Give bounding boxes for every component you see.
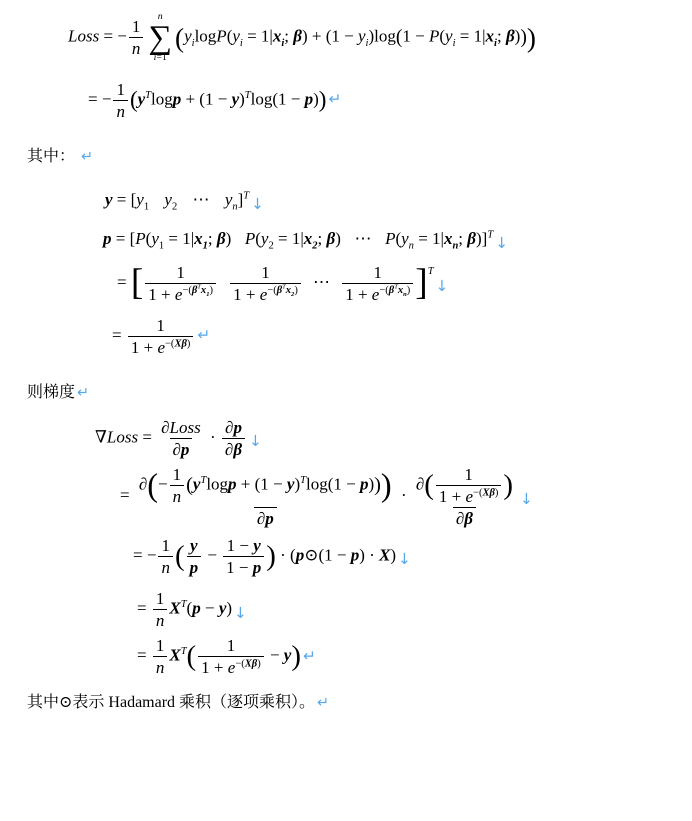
text-where-label: 其中： (27, 148, 79, 165)
math-text: = [ (112, 229, 136, 248)
math-text: = (137, 646, 151, 665)
math-text: −( (267, 285, 276, 296)
text-gradient-intro: 则梯度↵ (27, 379, 692, 402)
math-text: = [ (113, 190, 137, 209)
math-text: ∂ (139, 474, 147, 493)
math-text: ) (187, 338, 191, 349)
line-break-mark-icon: ↓ (520, 490, 533, 508)
line-break-mark-icon: ↓ (398, 550, 411, 568)
math-text: 1 + (148, 285, 175, 304)
math-text: y (151, 229, 159, 248)
math-text: ) (226, 599, 232, 618)
math-text: y (138, 89, 146, 108)
math-text: ⊙(1 − (304, 545, 351, 564)
math-text: p (228, 474, 237, 493)
math-text: p (103, 229, 112, 248)
math-text: ) (390, 545, 396, 564)
math-text: Loss (107, 427, 138, 446)
math-text: 1 (156, 589, 165, 608)
fraction: 1n (129, 17, 144, 58)
fraction: ∂p∂β (222, 418, 245, 459)
math-text: log (206, 474, 228, 493)
math-text: n (173, 487, 182, 506)
text-hadamard-note: 其中⊙表示 Hadamard 乘积（逐项乘积）。↵ (27, 689, 692, 712)
math-text: ; (497, 27, 506, 46)
math-text: = 1| (414, 229, 444, 248)
math-text: 1 + (131, 338, 158, 357)
equation-p-elementwise: = [11 + e−(βTx1)11 + e−(βTx2)⋯11 + e−(βT… (117, 263, 692, 304)
math-text: y (164, 190, 172, 209)
math-text: − (201, 599, 219, 618)
math-text: X (169, 599, 180, 618)
bracket: ) (291, 645, 301, 669)
fraction: ∂Loss∂p (158, 418, 204, 459)
line-break-mark-icon: ↓ (436, 277, 449, 295)
superscript: T (243, 190, 249, 201)
equation-gradient-simplified: = −1n(yp − 1 − y1 − p) · (p⊙(1 − p) · X)… (133, 536, 692, 577)
math-text: 1 − (402, 27, 429, 46)
math-text: = − (99, 27, 127, 46)
math-text: ∂Loss (161, 418, 201, 437)
math-text: p (351, 545, 360, 564)
bracket: ( (147, 472, 158, 498)
math-text: − (203, 545, 221, 564)
math-text: 1 (156, 316, 165, 335)
math-text: = 1| (274, 229, 304, 248)
math-text: x (486, 27, 495, 46)
math-text: Xβ (482, 487, 494, 498)
text-hadamard-note-label: 其中⊙表示 Hadamard 乘积（逐项乘积）。 (27, 694, 315, 711)
math-text: log (151, 89, 173, 108)
fraction: ∂(−1n(yTlogp + (1 − y)Tlog(1 − p)))∂p (136, 465, 395, 528)
paragraph-mark-icon: ↵ (328, 90, 341, 108)
superscript: −(Xβ) (473, 487, 498, 498)
math-text: 1 + (345, 285, 372, 304)
equation-gradient-compact: = 1nXT(p − y)↓ (137, 589, 692, 630)
math-text: ) (257, 659, 261, 670)
paragraph-mark-icon: ↵ (197, 326, 210, 344)
bracket: ) (319, 91, 327, 110)
superscript: −(βTxn) (379, 285, 410, 296)
math-text: ; (458, 229, 467, 248)
math-text: 1 (261, 263, 270, 282)
math-text: + (1 − (237, 474, 287, 493)
math-text: ) (209, 285, 213, 296)
fraction: 11 + e−(βTx1) (145, 263, 216, 304)
math-text: 1 + (233, 285, 260, 304)
superscript: T (487, 230, 493, 241)
math-text: n (132, 39, 141, 58)
math-text: n (161, 558, 170, 577)
math-text: ∇ (95, 427, 107, 446)
math-text: = (137, 599, 151, 618)
superscript: −(βTx2) (267, 285, 298, 296)
math-text: p (181, 440, 190, 459)
math-text: β (467, 229, 476, 248)
math-text: 1 (173, 465, 182, 484)
math-text: 1 (464, 465, 473, 484)
math-text: 1 (116, 80, 125, 99)
math-text: 1 (156, 636, 165, 655)
paragraph-mark-icon: ↵ (77, 385, 89, 401)
math-text: ) (226, 229, 232, 248)
math-text: −( (235, 659, 244, 670)
math-text: y (445, 27, 453, 46)
bracket: ] (415, 268, 427, 299)
bracket: ) (381, 472, 392, 498)
math-text: )] (476, 229, 487, 248)
paragraph-mark-icon: ↵ (303, 647, 316, 665)
bracket: ) (266, 545, 276, 569)
fraction: 11 + e−(βTxn) (342, 263, 413, 304)
math-text: y (190, 536, 198, 555)
bracket: ( (424, 474, 434, 498)
equation-p-vector: p = [P(y1 = 1|x1; β)P(y2 = 1|x2; β)⋯P(yn… (103, 229, 692, 249)
math-text: β (233, 440, 242, 459)
fraction: 11 + e−(Xβ) (436, 465, 502, 506)
bracket: ( (175, 27, 184, 49)
math-text: y (253, 536, 261, 555)
math-text: P (429, 27, 439, 46)
math-text: Loss (68, 27, 99, 46)
math-text: 1 (176, 263, 185, 282)
bracket: ( (186, 477, 193, 494)
bracket: ( (175, 545, 185, 569)
math-text: ) (407, 285, 411, 296)
math-text: y (358, 27, 366, 46)
math-text: p (305, 89, 314, 108)
math-text: ; (208, 229, 217, 248)
math-text: = (117, 272, 131, 291)
paragraph-mark-icon: ↵ (81, 149, 93, 165)
math-text: 1 (373, 263, 382, 282)
math-text: 1 (227, 636, 236, 655)
math-text: y (284, 646, 292, 665)
fraction: 11 + e−(βTx2) (230, 263, 301, 304)
fraction: 1n (158, 536, 173, 577)
math-text: y (184, 27, 192, 46)
superscript: −(Xβ) (235, 659, 260, 670)
math-text: ) + (1 − (302, 27, 358, 46)
math-text: n (116, 102, 125, 121)
math-text: ⋯ (313, 272, 330, 291)
math-text: = (120, 485, 134, 504)
math-text: · ( (276, 545, 296, 564)
math-text: = − (133, 545, 156, 564)
math-text: log (195, 27, 217, 46)
summation-symbol: n∑i=1 (148, 12, 172, 64)
math-text: p (233, 418, 242, 437)
text-where: 其中： ↵ (27, 143, 692, 166)
math-text: ; (284, 27, 293, 46)
math-text: p (190, 558, 199, 577)
math-text: p (296, 545, 305, 564)
math-text: · (206, 427, 220, 446)
text-gradient-intro-label: 则梯度 (27, 384, 75, 401)
fraction: 11 + e−(Xβ) (198, 636, 264, 677)
math-text: = (138, 427, 156, 446)
math-text: β (326, 229, 335, 248)
superscript: T (428, 265, 434, 276)
superscript: −(βTx1) (182, 285, 213, 296)
math-text: −( (182, 285, 191, 296)
math-text: β (506, 27, 515, 46)
math-text: e (465, 487, 473, 506)
math-text: x (194, 229, 203, 248)
math-text: − (158, 474, 168, 493)
line-break-mark-icon: ↓ (251, 195, 264, 213)
fraction: 1n (170, 465, 185, 506)
math-text: Xβ (245, 659, 257, 670)
superscript: −(Xβ) (165, 338, 190, 349)
math-text: = − (88, 89, 111, 108)
line-break-mark-icon: ↓ (234, 604, 247, 622)
fraction: 1n (153, 589, 168, 630)
math-text: log(1 − (251, 89, 305, 108)
math-text: ∂ (416, 474, 424, 493)
math-text: ∂ (257, 509, 265, 528)
math-text: ∂ (173, 440, 181, 459)
math-text: p (192, 599, 201, 618)
math-text: x (304, 229, 313, 248)
equation-loss-definition: Loss = −1nn∑i=1(yilogP(yi = 1|xi; β) + (… (68, 12, 692, 64)
math-text: = 1| (243, 27, 273, 46)
document-page: { "meta": { "background_color": "#ffffff… (0, 0, 692, 821)
subscript: 2 (172, 201, 177, 212)
math-text: 1 + (201, 658, 228, 677)
fraction: 11 + e−(Xβ) (128, 316, 194, 357)
math-text: p (265, 509, 274, 528)
math-text: 1 − (227, 536, 254, 555)
math-text: P (135, 229, 145, 248)
math-text: ) (294, 285, 298, 296)
math-text: + (1 − (181, 89, 231, 108)
math-text: = (112, 325, 126, 344)
math-text: 1 − (226, 558, 253, 577)
bracket: ) (503, 474, 513, 498)
equation-y-vector: y = [y1y2⋯yn]T↓ (105, 190, 692, 210)
math-text: y (136, 190, 144, 209)
math-text: β (464, 509, 473, 528)
math-text: X (169, 646, 180, 665)
math-text: y (232, 89, 240, 108)
math-text: β (293, 27, 302, 46)
fraction: 1 − y1 − p (223, 536, 264, 577)
math-text: −( (379, 285, 388, 296)
math-text: · (397, 485, 411, 504)
math-text: − (266, 646, 284, 665)
fraction: 1n (113, 80, 128, 121)
fraction: 1n (153, 636, 168, 677)
math-text: = 1| (164, 229, 194, 248)
math-text: β (217, 229, 226, 248)
line-break-mark-icon: ↓ (495, 234, 508, 252)
fraction: ∂(11 + e−(Xβ))∂β (413, 465, 516, 528)
math-text: n (156, 658, 165, 677)
math-text: 1 (132, 17, 141, 36)
math-text: y (105, 190, 113, 209)
bracket: ) (374, 477, 381, 494)
math-text: p (173, 89, 182, 108)
math-text: =1 (156, 52, 166, 63)
math-text: ) · (359, 545, 379, 564)
equation-loss-vectorized: = −1n(yTlogp + (1 − y)Tlog(1 − p))↵ (88, 80, 692, 121)
math-text: e (157, 338, 165, 357)
math-text: 1 + (439, 487, 466, 506)
bracket: ( (130, 91, 138, 110)
math-text: ) (335, 229, 341, 248)
math-text: ⋯ (354, 229, 371, 248)
fraction: yp (187, 536, 202, 577)
math-text: = 1| (456, 27, 486, 46)
math-text: n (156, 611, 165, 630)
equation-gradient-final: = 1nXT(11 + e−(Xβ) − y)↵ (137, 636, 692, 677)
bracket: ) (527, 27, 536, 49)
math-text: P (245, 229, 255, 248)
math-text: P (385, 229, 395, 248)
bracket: [ (131, 268, 143, 299)
math-text: ) (495, 487, 499, 498)
math-text: X (379, 545, 390, 564)
line-break-mark-icon: ↓ (249, 432, 262, 450)
math-text: log(1 − (306, 474, 360, 493)
math-text: P (216, 27, 226, 46)
paragraph-mark-icon: ↵ (317, 695, 329, 711)
math-text: p (253, 558, 262, 577)
math-text: y (401, 229, 409, 248)
math-text: ⋯ (193, 190, 210, 209)
subscript: 1 (144, 201, 149, 212)
math-text: )log (368, 27, 395, 46)
math-text: Xβ (174, 338, 186, 349)
equation-p-matrix: = 11 + e−(Xβ)↵ (112, 316, 692, 357)
bracket: ( (187, 645, 197, 669)
math-text: y (232, 27, 240, 46)
equation-gradient-chain: ∇Loss = ∂Loss∂p · ∂p∂β↓ (95, 418, 692, 459)
equation-gradient-expanded: = ∂(−1n(yTlogp + (1 − y)Tlog(1 − p)))∂p … (120, 465, 692, 528)
math-text: 1 (161, 536, 170, 555)
